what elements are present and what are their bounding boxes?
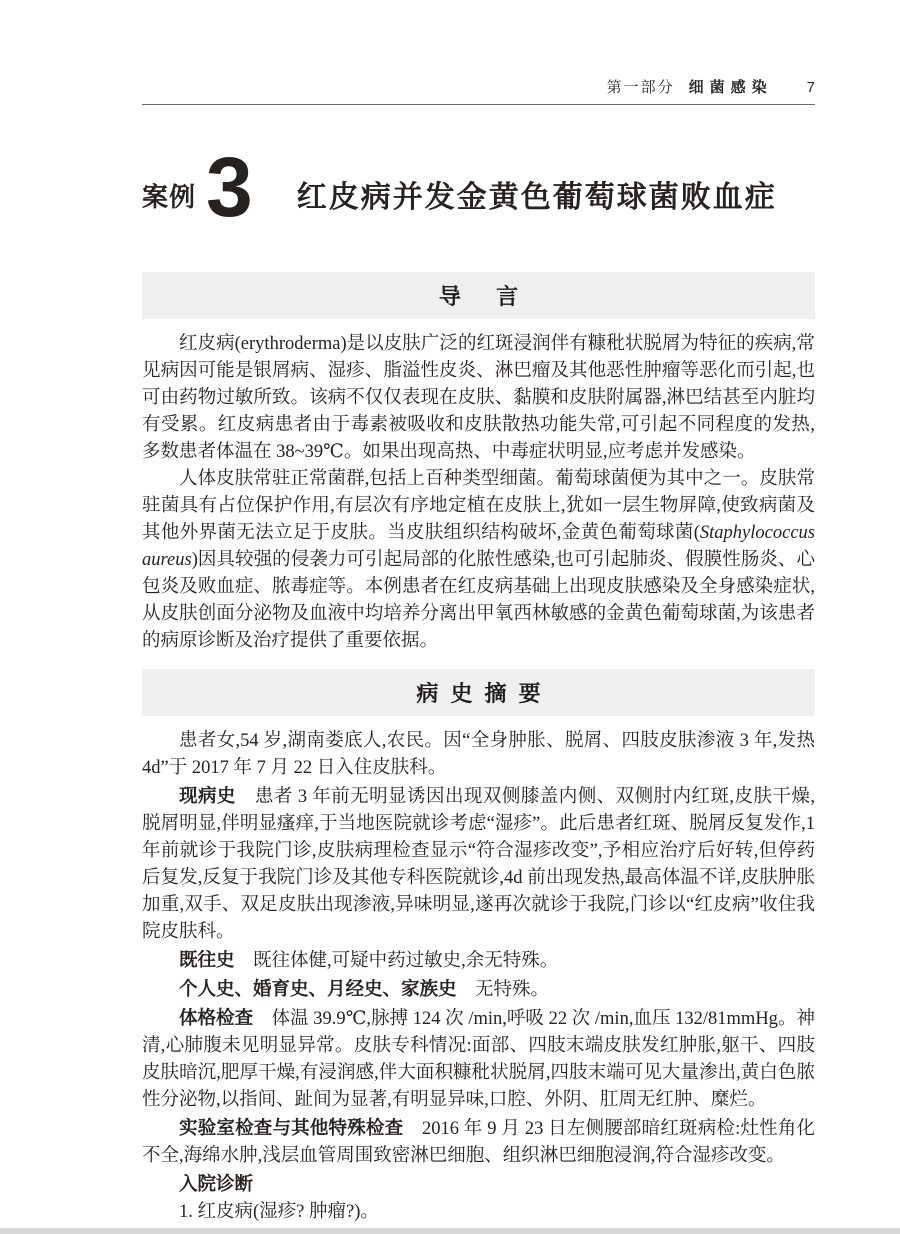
book-page: { "page_header": { "part_label": "第一部分",… <box>0 0 900 1234</box>
paragraph: 红皮病(erythroderma)是以皮肤广泛的红斑浸润伴有糠秕状脱屑为特征的疾… <box>142 331 815 466</box>
running-header: 第一部分 细菌感染 7 <box>142 0 815 97</box>
case-title: 红皮病并发金黄色葡萄球菌败血症 <box>297 172 777 226</box>
paragraph: 实验室检查与其他特殊检查 2016 年 9 月 23 日左侧腰部暗红斑病检:灶性… <box>142 1114 815 1170</box>
text-run-bold: 实验室检查与其他特殊检查 <box>179 1117 403 1138</box>
paragraph: 体格检查 体温 39.9℃,脉搏 124 次 /min,呼吸 22 次 /min… <box>142 1004 815 1114</box>
paragraph: 入院诊断 <box>142 1170 815 1199</box>
paragraph: 既往史 既往体健,可疑中药过敏史,余无特殊。 <box>142 946 815 975</box>
text-run-bold: 入院诊断 <box>179 1173 253 1194</box>
text-run: 患者女,54 岁,湖南娄底人,农民。因“全身肿胀、脱屑、四肢皮肤渗液 3 年,发… <box>142 731 815 778</box>
text-run: 1. 红皮病(湿疹? 肿瘤?)。 <box>179 1202 379 1222</box>
text-run-bold: 个人史、婚育史、月经史、家族史 <box>179 978 457 999</box>
part-label: 第一部分 <box>607 76 675 97</box>
header-rule <box>142 104 815 105</box>
paragraph: 患者女,54 岁,湖南娄底人,农民。因“全身肿胀、脱屑、四肢皮肤渗液 3 年,发… <box>142 728 815 782</box>
paragraph: 人体皮肤常驻正常菌群,包括上百种类型细菌。葡萄球菌便为其中之一。皮肤常驻菌具有占… <box>142 466 815 655</box>
page-number: 7 <box>807 79 815 96</box>
text-run: 既往体健,可疑中药过敏史,余无特殊。 <box>235 951 559 971</box>
introduction-paragraphs: 红皮病(erythroderma)是以皮肤广泛的红斑浸润伴有糠秕状脱屑为特征的疾… <box>142 331 815 655</box>
section-heading-introduction: 导言 <box>142 272 815 319</box>
text-run: 患者 3 年前无明显诱因出现双侧膝盖内侧、双侧肘内红斑,皮肤干燥,脱屑明显,伴明… <box>142 787 815 942</box>
text-run: 红皮病(erythroderma)是以皮肤广泛的红斑浸润伴有糠秕状脱屑为特征的疾… <box>142 334 815 462</box>
text-run: )因具较强的侵袭力可引起局部的化脓性感染,也可引起肺炎、假膜性肠炎、心包炎及败血… <box>142 550 815 651</box>
section-heading-history-summary: 病史摘要 <box>142 669 815 716</box>
text-run-bold: 体格检查 <box>179 1007 253 1028</box>
page-content: 第一部分 细菌感染 7 案例 3 红皮病并发金黄色葡萄球菌败血症 导言 红皮病(… <box>0 0 900 1226</box>
section-introduction: 导言 红皮病(erythroderma)是以皮肤广泛的红斑浸润伴有糠秕状脱屑为特… <box>142 272 815 655</box>
paragraph: 个人史、婚育史、月经史、家族史 无特殊。 <box>142 975 815 1004</box>
paragraph: 1. 红皮病(湿疹? 肿瘤?)。 <box>142 1199 815 1226</box>
part-title: 细菌感染 <box>689 76 773 97</box>
history-paragraphs: 患者女,54 岁,湖南娄底人,农民。因“全身肿胀、脱屑、四肢皮肤渗液 3 年,发… <box>142 728 815 1226</box>
text-run-bold: 现病史 <box>179 785 236 806</box>
section-history-summary: 病史摘要 患者女,54 岁,湖南娄底人,农民。因“全身肿胀、脱屑、四肢皮肤渗液 … <box>142 669 815 1226</box>
case-label: 案例 <box>142 177 196 226</box>
text-run-bold: 既往史 <box>179 949 235 970</box>
case-number: 3 <box>206 149 253 226</box>
paragraph: 现病史 患者 3 年前无明显诱因出现双侧膝盖内侧、双侧肘内红斑,皮肤干燥,脱屑明… <box>142 782 815 946</box>
text-run: 无特殊。 <box>457 980 550 1000</box>
page-bottom-edge <box>0 1228 900 1234</box>
case-title-block: 案例 3 红皮病并发金黄色葡萄球菌败血症 <box>142 149 815 226</box>
